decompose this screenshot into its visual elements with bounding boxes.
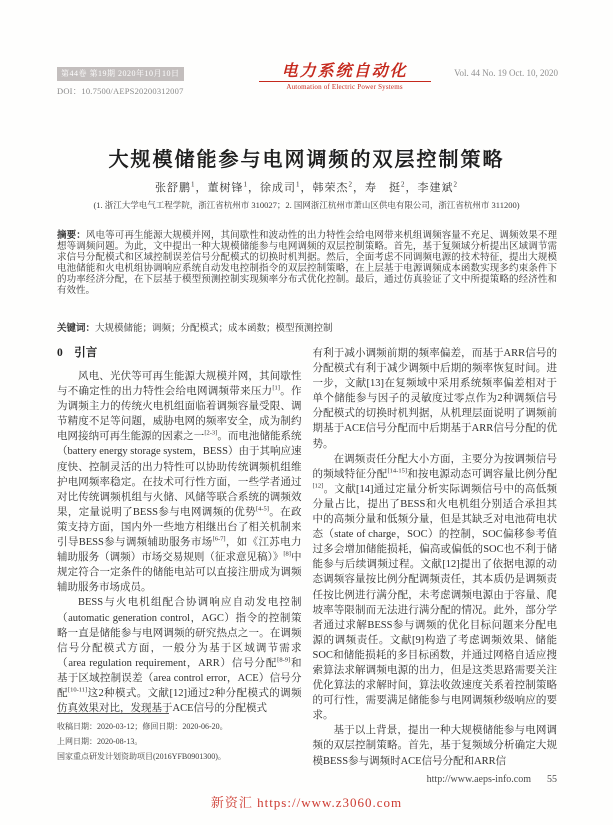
affiliation-line: (1. 浙江大学电气工程学院，浙江省杭州市 310027；2. 国网浙江杭州市萧… [0,199,613,211]
article-title: 大规模储能参与电网调频的双层控制策略 [0,143,613,172]
author: 韩荣杰2， [313,182,366,194]
footnote-rule [57,713,169,714]
journal-name-cn: 电力系统自动化 [259,63,431,80]
author: 李建斌2 [418,182,459,194]
right-column: 有利于减小调频前期的频率偏差，而基于ARR信号的分配模式有利于减少调频中后期的频… [313,346,558,769]
header-left: 第44卷 第19期 2020年10月10日 DOI：10.7500/AEPS20… [57,63,235,97]
author: 张舒鹏1， [155,182,208,194]
author: 董树锋1， [208,182,261,194]
keywords: 关键词：大规模储能；调频；分配模式；成本函数；模型预测控制 [57,320,557,334]
body-paragraph: BESS与火电机组配合协调响应自动发电控制（automatic generati… [57,595,302,716]
keywords-text: 大规模储能；调频；分配模式；成本函数；模型预测控制 [95,324,333,334]
footnote-funding: 国家重点研发计划资助项目(2016YFB0901300)。 [57,749,309,764]
page-footer: http://www.aeps-info.com55 [427,774,557,785]
body-columns: 0 引言 风电、光伏等可再生能源大规模并网，其间歇性与不确定性的出力特性会给电网… [57,346,557,769]
author: 寿 挺2， [365,182,418,194]
journal-page: 第44卷 第19期 2020年10月10日 DOI：10.7500/AEPS20… [0,0,613,825]
abstract-label: 摘要： [57,231,86,241]
issue-info-en: Vol. 44 No. 19 Oct. 10, 2020 [454,68,558,78]
body-paragraph: 在调频责任分配大小方面，主要分为按调频信号的频域特征分配[14-15]和按电源动… [313,452,558,724]
logo-rule [259,81,431,82]
section-heading-introduction: 0 引言 [57,346,302,361]
left-column: 0 引言 风电、光伏等可再生能源大规模并网，其间歇性与不确定性的出力特性会给电网… [57,346,302,769]
page-header: 第44卷 第19期 2020年10月10日 DOI：10.7500/AEPS20… [57,63,558,97]
watermark-link[interactable]: 新资汇 https://www.z3060.com [0,792,613,811]
abstract-text: 风电等可再生能源大规模并网，其间歇性和波动性的出力特性会给电网带来机组调频容量不… [57,231,557,296]
footnote-dates: 收稿日期：2020-03-12；修回日期：2020-06-20。 [57,719,309,734]
issue-info-cn: 第44卷 第19期 2020年10月10日 [57,67,184,81]
footnote-block: 收稿日期：2020-03-12；修回日期：2020-06-20。 上网日期：20… [57,713,309,764]
journal-logo: 电力系统自动化 Automation of Electric Power Sys… [259,63,431,91]
body-paragraph: 有利于减小调频前期的频率偏差，而基于ARR信号的分配模式有利于减少调频中后期的频… [313,346,558,452]
body-paragraph: 基于以上背景，提出一种大规模储能参与电网调频的双层控制策略。首先，基于复频域分析… [313,723,558,768]
doi-line: DOI：10.7500/AEPS20200312007 [57,85,235,97]
journal-url-link[interactable]: http://www.aeps-info.com [427,774,531,785]
page-number: 55 [547,774,557,785]
abstract: 摘要：风电等可再生能源大规模并网，其间歇性和波动性的出力特性会给电网带来机组调频… [57,231,557,297]
journal-name-en: Automation of Electric Power Systems [259,83,431,91]
footnote-online-date: 上网日期：2020-08-13。 [57,734,309,749]
body-paragraph: 风电、光伏等可再生能源大规模并网，其间歇性与不确定性的出力特性会给电网调频带来压… [57,369,302,595]
author: 徐成司1， [260,182,313,194]
author-affil-sup: 2 [454,180,459,188]
authors-line: 张舒鹏1，董树锋1，徐成司1，韩荣杰2，寿 挺2，李建斌2 [0,179,613,195]
keywords-label: 关键词： [57,324,95,334]
